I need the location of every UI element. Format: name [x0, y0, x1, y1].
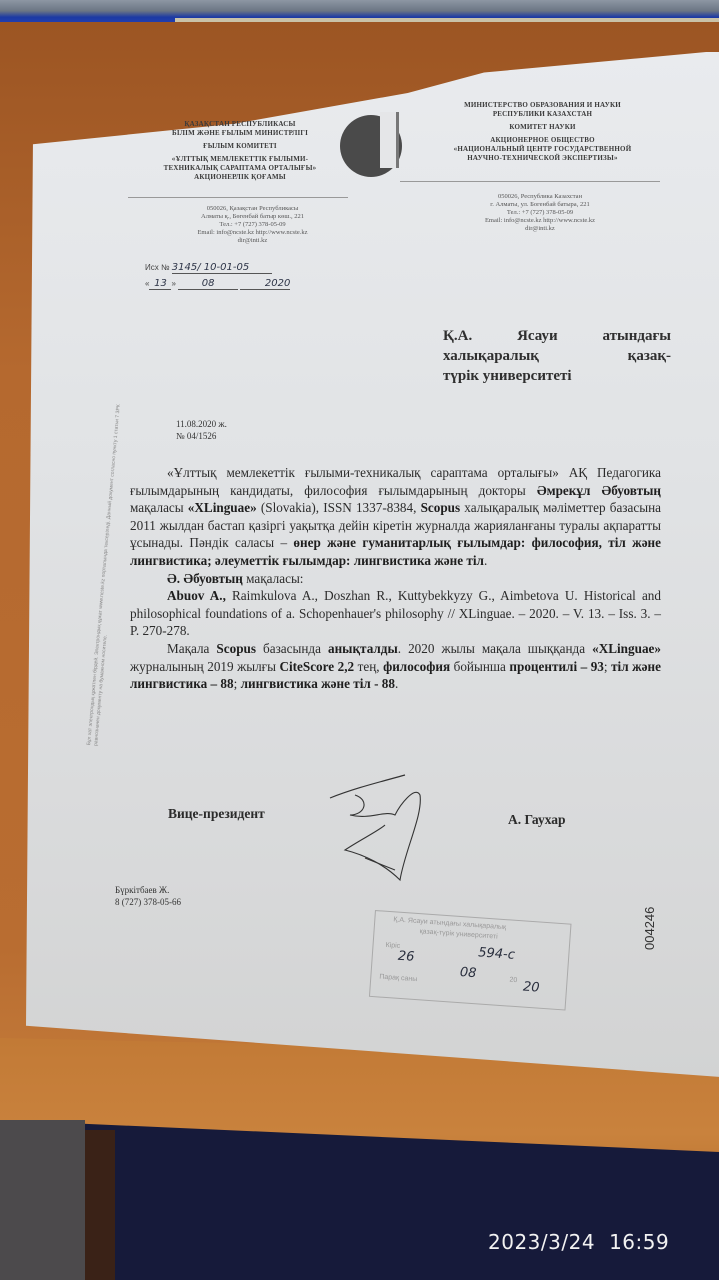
- outgoing-ref-year: 2020: [240, 278, 290, 290]
- status-confirmed: анықталды: [328, 641, 398, 656]
- stamp-org-line: Қ.А. Ясауи атындағы халықаралық: [393, 916, 506, 931]
- body-paragraph-2: Ә. Әбуовтың мақаласы:: [130, 570, 661, 588]
- executor-name: Бүркітбаев Ж.: [115, 884, 181, 896]
- letter-number: № 04/1526: [176, 430, 227, 442]
- database-name: Scopus: [216, 641, 256, 656]
- stamp-reg-number: 594-с: [478, 945, 516, 963]
- letterhead-right-line: МИНИСТЕРСТВО ОБРАЗОВАНИЯ И НАУКИ: [420, 101, 665, 110]
- address-line: Тел.: +7 (727) 378-05-09: [160, 221, 345, 229]
- address-line: Тел.: +7 (727) 378-05-09: [455, 209, 625, 217]
- addressee-line: түрік университеті: [443, 366, 671, 386]
- author-name: Әмрекұл Әбуовтың: [537, 483, 661, 498]
- letterhead-right-rule: [400, 181, 660, 182]
- text: . 2020 жылы мақала шыққанда: [398, 641, 592, 656]
- stamp-month: 08: [459, 965, 477, 981]
- letterhead-left: ҚАЗАҚСТАН РЕСПУБЛИКАСЫ БІЛІМ ЖӘНЕ ҒЫЛЫМ …: [140, 120, 340, 182]
- letterhead-right: МИНИСТЕРСТВО ОБРАЗОВАНИЯ И НАУКИ РЕСПУБЛ…: [420, 101, 665, 163]
- text: журналының 2019 жылғы: [130, 659, 279, 674]
- address-line: dir@inti.kz: [455, 225, 625, 233]
- text: базасында: [256, 641, 328, 656]
- journal-name: «XLinguae»: [188, 500, 257, 515]
- letterhead-left-line: ҒЫЛЫМ КОМИТЕТІ: [140, 142, 340, 151]
- percentile: лингвистика және тіл - 88: [241, 676, 395, 691]
- text: .: [395, 676, 398, 691]
- outgoing-ref-month: 08: [178, 278, 238, 290]
- addressee-block: Қ.А. Ясауи атындағы халықаралық қазақ- т…: [443, 326, 671, 386]
- letterhead-left-line: «ҰЛТТЫҚ МЕМЛЕКЕТТІК ҒЫЛЫМИ-: [140, 155, 340, 164]
- stamp-day: 26: [397, 949, 415, 965]
- letterhead-right-line: АКЦИОНЕРНОЕ ОБЩЕСТВО: [420, 136, 665, 145]
- text: ;: [234, 676, 241, 691]
- body-paragraph-1: «Ұлттық мемлекеттік ғылыми-техникалық са…: [130, 464, 661, 570]
- journal-name: «XLinguae»: [592, 641, 661, 656]
- text: Мақала: [167, 641, 216, 656]
- addressee-line: Қ.А. Ясауи атындағы: [443, 326, 671, 346]
- percentile: процентилі – 93: [509, 659, 604, 674]
- stamp-label-sheets: Парақ саны: [379, 973, 417, 983]
- executor-info: Бүркітбаев Ж. 8 (727) 378-05-66: [115, 884, 181, 908]
- outgoing-ref-value: 3145/ 10-01-05: [172, 262, 272, 274]
- text: мақаласы:: [243, 571, 304, 586]
- letter-date: 11.08.2020 ж.: [176, 418, 227, 430]
- text: бойынша: [450, 659, 509, 674]
- outgoing-ref-date: «13» 08 2020: [145, 278, 290, 290]
- text: (Slovakia), ISSN 1337-8384,: [257, 500, 421, 515]
- body-paragraph-citation: Abuov A., Raimkulova A., Doszhan R., Kut…: [130, 587, 661, 640]
- address-line: Email: info@ncste.kz http://www.ncste.kz: [160, 229, 345, 237]
- letterhead-left-line: ТЕХНИКАЛЫҚ САРАПТАМА ОРТАЛЫҒЫ»: [140, 164, 340, 173]
- text: тең,: [354, 659, 383, 674]
- photo-date: 2023/3/24: [488, 1230, 595, 1254]
- stamp-org-line: қазақ-түрік университеті: [419, 928, 498, 940]
- signatory-position: Вице-президент: [168, 806, 265, 822]
- wall-corner: [0, 1120, 85, 1280]
- signatory-name: А. Гаухар: [508, 812, 566, 828]
- subject: философия: [383, 659, 450, 674]
- address-line: Алматы қ., Бөгенбай батыр көш., 221: [160, 213, 345, 221]
- letterhead-left-rule: [128, 197, 348, 198]
- address-line: 050026, Республика Казахстан: [455, 193, 625, 201]
- letterhead-left-address: 050026, Қазақстан Республикасы Алматы қ.…: [160, 205, 345, 245]
- body-paragraph-4: Мақала Scopus базасында анықталды. 2020 …: [130, 640, 661, 693]
- photo-timestamp: 2023/3/2416:59: [488, 1230, 669, 1254]
- letterhead-left-line: БІЛІМ ЖӘНЕ ҒЫЛЫМ МИНИСТРЛІГІ: [140, 129, 340, 138]
- desk-leg: [85, 1130, 115, 1280]
- outgoing-ref-day: 13: [149, 278, 171, 290]
- letterhead-right-address: 050026, Республика Казахстан г. Алматы, …: [455, 193, 625, 233]
- text: ;: [604, 659, 611, 674]
- text: мақаласы: [130, 500, 188, 515]
- letterhead-right-line: РЕСПУБЛИКИ КАЗАХСТАН: [420, 110, 665, 119]
- address-line: 050026, Қазақстан Республикасы: [160, 205, 345, 213]
- address-line: Email: info@ncste.kz http://www.ncste.kz: [455, 217, 625, 225]
- outgoing-ref-number: Исх № 3145/ 10-01-05: [145, 262, 272, 274]
- stamp-year: 20: [522, 980, 540, 996]
- address-line: г. Алматы, ул. Богенбай батыра, 221: [455, 201, 625, 209]
- text: .: [484, 553, 487, 568]
- letterhead-right-line: НАУЧНО-ТЕХНИЧЕСКОЙ ЭКСПЕРТИЗЫ»: [420, 154, 665, 163]
- address-line: dir@inti.kz: [160, 237, 345, 245]
- letterhead-left-line: ҚАЗАҚСТАН РЕСПУБЛИКАСЫ: [140, 120, 340, 129]
- letterhead-left-line: АКЦИОНЕРЛІК ҚОҒАМЫ: [140, 173, 340, 182]
- letter-meta: 11.08.2020 ж. № 04/1526: [176, 418, 227, 442]
- serial-number: 004246: [642, 907, 657, 950]
- outgoing-ref-label: Исх №: [145, 263, 170, 272]
- executor-phone: 8 (727) 378-05-66: [115, 896, 181, 908]
- photo-time: 16:59: [609, 1230, 669, 1254]
- logo-i-stem: [380, 112, 399, 168]
- incoming-registration-stamp: Қ.А. Ясауи атындағы халықаралық қазақ-тү…: [369, 910, 572, 1011]
- stamp-year-prefix: 20: [509, 977, 517, 985]
- addressee-line: халықаралық қазақ-: [443, 346, 671, 366]
- author-short: Ә. Әбуовтың: [167, 571, 243, 586]
- handwritten-signature-icon: [325, 770, 435, 885]
- database-name: Scopus: [421, 500, 461, 515]
- letter-body: «Ұлттық мемлекеттік ғылыми-техникалық са…: [130, 464, 661, 693]
- citation-lead-author: Abuov A.,: [167, 588, 226, 603]
- letterhead-right-line: «НАЦИОНАЛЬНЫЙ ЦЕНТР ГОСУДАРСТВЕННОЙ: [420, 145, 665, 154]
- citescore: CiteScore 2,2: [279, 659, 354, 674]
- letterhead-right-line: КОМИТЕТ НАУКИ: [420, 123, 665, 132]
